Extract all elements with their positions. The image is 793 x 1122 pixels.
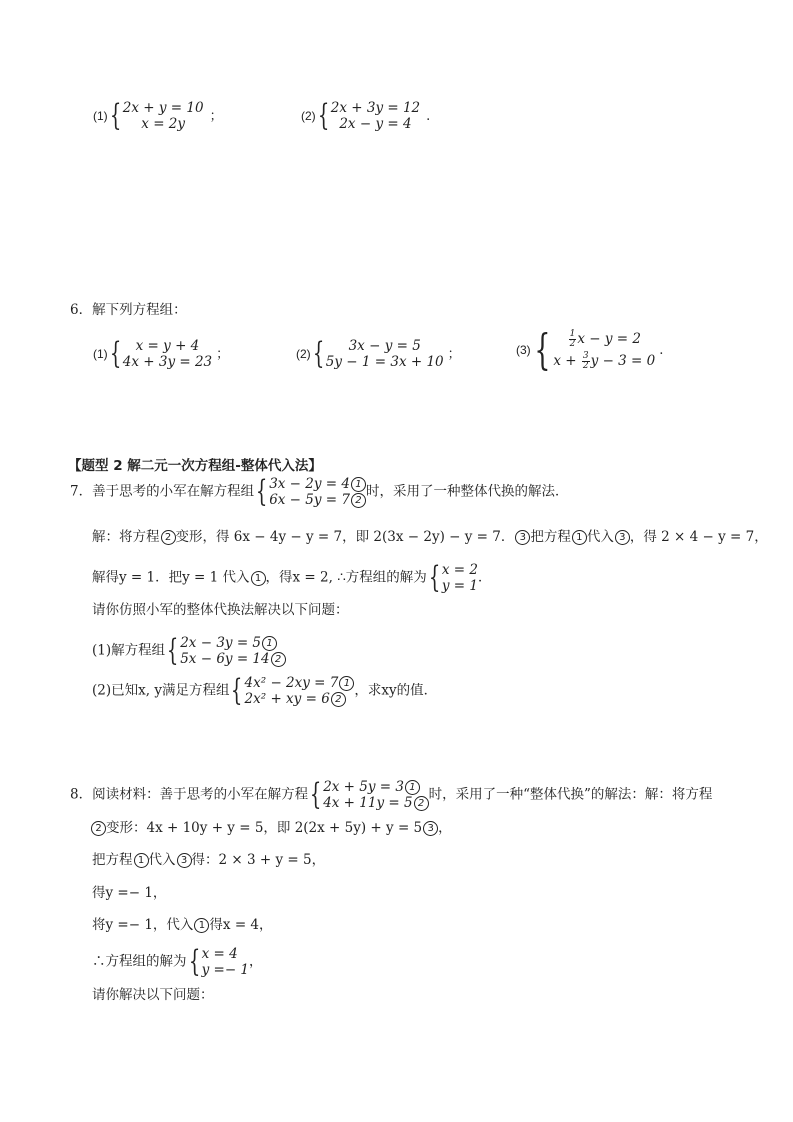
equation: x + 32y − 3 = 0 bbox=[553, 350, 655, 372]
circled-number-icon: 3 bbox=[423, 821, 438, 836]
circled-number-icon: 1 bbox=[134, 853, 149, 868]
brace-icon: { bbox=[534, 329, 550, 371]
item-label: (2) bbox=[296, 347, 311, 361]
brace-icon: { bbox=[188, 947, 199, 977]
p8-line-6: ∴方程组的解为{x = 4y =− 1， bbox=[92, 946, 263, 978]
equation: 4x + 3y = 23 bbox=[123, 354, 212, 370]
problem-8-intro: 8．阅读材料：善于思考的小军在解方程{2x + 5y = 314x + 11y … bbox=[70, 779, 712, 811]
p8-line-3: 把方程1代入3得：2 × 3 + y = 5， bbox=[92, 850, 325, 870]
circled-number-icon: 2 bbox=[331, 692, 346, 707]
p8-line-7: 请你解决以下问题： bbox=[92, 985, 214, 1005]
brace-icon: { bbox=[109, 101, 120, 131]
circled-number-icon: 1 bbox=[405, 780, 420, 795]
item-label: (1) bbox=[93, 109, 108, 123]
equation: 2x − 3y = 51 bbox=[180, 635, 277, 651]
equation: 12x − y = 2 bbox=[568, 328, 641, 350]
circled-number-icon: 1 bbox=[572, 530, 587, 545]
circled-number-icon: 1 bbox=[194, 918, 209, 933]
problem-number: 8． bbox=[70, 787, 92, 803]
problem-number: 7． bbox=[70, 484, 92, 500]
circled-number-icon: 2 bbox=[351, 493, 366, 508]
p7-question-2: (2)已知x, y满足方程组{4x² − 2xy = 712x² + xy = … bbox=[92, 675, 437, 707]
equation: 4x + 11y = 52 bbox=[323, 795, 428, 811]
brace-icon: { bbox=[429, 563, 440, 593]
item-label: (3) bbox=[516, 343, 531, 357]
equation: y =− 1 bbox=[202, 962, 249, 978]
punctuation: ； bbox=[448, 347, 461, 362]
intro-text: 时，采用了一种整体代换的解法． bbox=[366, 484, 569, 500]
p7-instruction: 请你仿照小军的整体代换法解决以下问题： bbox=[92, 600, 349, 620]
circled-number-icon: 1 bbox=[351, 477, 366, 492]
punctuation: ； bbox=[210, 109, 223, 124]
equation: 5y − 1 = 3x + 10 bbox=[326, 354, 444, 370]
circled-number-icon: 1 bbox=[262, 636, 277, 651]
equation: 3x − 2y = 41 bbox=[269, 476, 366, 492]
circled-number-icon: 2 bbox=[91, 821, 106, 836]
punctuation: . bbox=[426, 109, 430, 124]
equation: 2x + y = 10 bbox=[123, 100, 204, 116]
equation: 5x − 6y = 142 bbox=[180, 651, 285, 667]
p7-question-1: (1)解方程组{2x − 3y = 515x − 6y = 142 bbox=[92, 635, 286, 667]
circled-number-icon: 2 bbox=[414, 796, 429, 811]
equation: 2x + 3y = 12 bbox=[331, 100, 420, 116]
item-label: (2) bbox=[301, 109, 316, 123]
equation: x = y + 4 bbox=[136, 338, 200, 354]
equation: x = 4 bbox=[202, 946, 238, 962]
p6-system-1: (1){x = y + 44x + 3y = 23； bbox=[93, 338, 229, 370]
equation: x = 2 bbox=[442, 562, 478, 578]
equation: 4x² − 2xy = 71 bbox=[245, 675, 355, 691]
p6-system-3: (3){ 12x − y = 2 x + 32y − 3 = 0 . bbox=[516, 328, 663, 372]
brace-icon: { bbox=[256, 477, 267, 507]
circled-number-icon: 1 bbox=[251, 571, 266, 586]
circled-number-icon: 2 bbox=[271, 652, 286, 667]
equation: 2x + 5y = 31 bbox=[323, 779, 420, 795]
equation: y = 1 bbox=[442, 578, 478, 594]
p7-solution-line-1: 解：将方程2变形，得 6x − 4y − y = 7，即 2(3x − 2y) … bbox=[92, 527, 768, 547]
circled-number-icon: 3 bbox=[177, 853, 192, 868]
p8-line-5: 将y =− 1，代入1得x = 4， bbox=[92, 915, 273, 935]
equation: 2x − y = 4 bbox=[339, 116, 411, 132]
punctuation: ； bbox=[216, 347, 229, 362]
problem-6-prompt: 6．解下列方程组： bbox=[70, 300, 187, 320]
circled-number-icon: 3 bbox=[615, 530, 630, 545]
problem-7-intro: 7．善于思考的小军在解方程组{3x − 2y = 416x − 5y = 72时… bbox=[70, 476, 568, 508]
brace-icon: { bbox=[317, 101, 328, 131]
prev-system-2: (2){2x + 3y = 122x − y = 4. bbox=[301, 100, 430, 132]
prev-system-1: (1){2x + y = 10x = 2y； bbox=[93, 100, 223, 132]
brace-icon: { bbox=[312, 339, 323, 369]
prompt-text: 解下列方程组： bbox=[92, 302, 187, 318]
punctuation: . bbox=[659, 343, 663, 358]
p7-solution-line-2: 解得y = 1．把y = 1 代入1，得x = 2, ∴方程组的解为{x = 2… bbox=[92, 562, 492, 594]
brace-icon: { bbox=[310, 780, 321, 810]
p8-line-4: 得y =− 1， bbox=[92, 883, 166, 903]
p6-system-2: (2){3x − y = 55y − 1 = 3x + 10； bbox=[296, 338, 461, 370]
brace-icon: { bbox=[167, 636, 178, 666]
equation: x = 2y bbox=[141, 116, 185, 132]
circled-number-icon: 2 bbox=[161, 530, 176, 545]
p8-line-2: 2变形：4x + 10y + y = 5，即 2(2x + 5y) + y = … bbox=[90, 818, 452, 838]
equation: 3x − y = 5 bbox=[349, 338, 421, 354]
equation: 6x − 5y = 72 bbox=[269, 492, 366, 508]
intro-text: 善于思考的小军在解方程组 bbox=[92, 484, 254, 500]
brace-icon: { bbox=[231, 676, 242, 706]
item-label: (1) bbox=[93, 347, 108, 361]
circled-number-icon: 1 bbox=[339, 676, 354, 691]
equation: 2x² + xy = 62 bbox=[245, 691, 346, 707]
circled-number-icon: 3 bbox=[515, 530, 530, 545]
brace-icon: { bbox=[109, 339, 120, 369]
section-heading: 【题型 2 解二元一次方程组-整体代入法】 bbox=[68, 454, 322, 474]
problem-number: 6． bbox=[70, 302, 92, 318]
